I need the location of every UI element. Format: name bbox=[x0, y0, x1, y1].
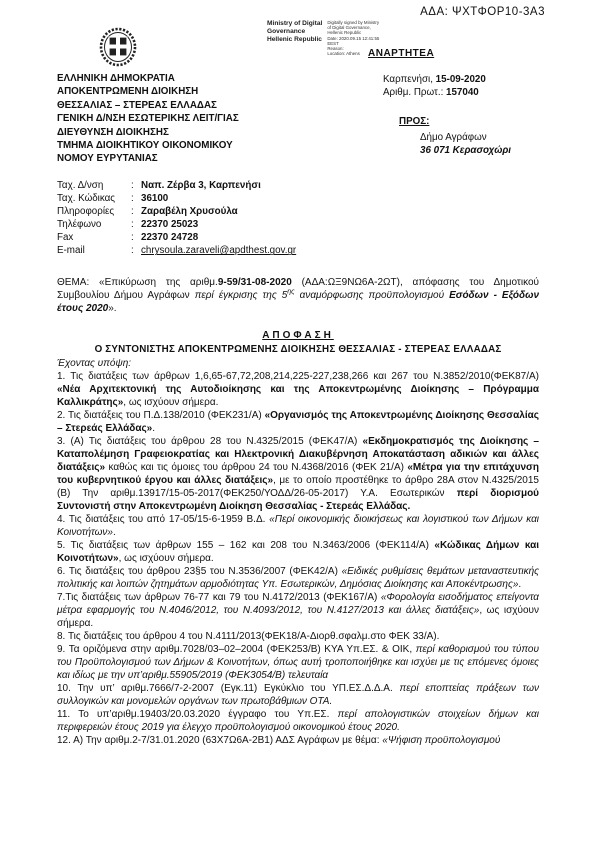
recipient-address: 36 071 Κερασοχώρι bbox=[420, 144, 511, 157]
list-item: 5. Τις διατάξεις των άρθρων 155 – 162 κα… bbox=[57, 539, 539, 565]
place-label: Καρπενήσι, bbox=[383, 74, 433, 85]
list-item: 6. Τις διατάξεις του άρθρου 23§5 του Ν.3… bbox=[57, 565, 539, 591]
anartitea-label: ΑΝΑΡΤΗΤΕΑ bbox=[368, 48, 434, 59]
protocol-number: 157040 bbox=[446, 87, 479, 98]
text-line: Governance bbox=[267, 28, 322, 36]
list-item: 1. Τις διατάξεις των άρθρων 1,6,65-67,72… bbox=[57, 370, 539, 409]
contact-label: Ταχ. Κώδικας bbox=[57, 192, 131, 205]
contact-colon: : bbox=[131, 179, 141, 192]
signature-authority: Ministry of DigitalGovernanceHellenic Re… bbox=[267, 20, 322, 56]
contact-row: Ταχ. Κώδικας:36100 bbox=[57, 192, 296, 205]
contact-value: Ναπ. Ζέρβα 3, Καρπενήσι bbox=[141, 179, 261, 192]
recipient-name: Δήμο Αγράφων bbox=[420, 131, 511, 144]
text-line: ΝΟΜΟΥ ΕΥΡΥΤΑΝΙΑΣ bbox=[57, 152, 239, 165]
list-item: 10. Την υπ’ αριθμ.7666/7-2-2007 (Εγκ.11)… bbox=[57, 682, 539, 708]
to-label: ΠΡΟΣ: bbox=[399, 115, 511, 128]
date-protocol-block: Καρπενήσι, 15-09-2020 Αριθμ. Πρωτ.: 1570… bbox=[383, 73, 486, 100]
text-line: Ministry of Digital bbox=[267, 20, 322, 28]
contact-row: Πληροφορίες:Ζαραβέλη Χρυσούλα bbox=[57, 205, 296, 218]
document-page: ΑΔΑ: ΨΧΤΦΟΡ10-3Α3 Ministry of DigitalGov… bbox=[0, 0, 595, 842]
email-link[interactable]: chrysoula.zaraveli@apdthest.gov.gr bbox=[141, 244, 296, 257]
contact-label: Πληροφορίες bbox=[57, 205, 131, 218]
digital-signature-stamp: Ministry of DigitalGovernanceHellenic Re… bbox=[267, 20, 379, 56]
list-item: 9. Τα οριζόμενα στην αριθμ.7028/03–02–20… bbox=[57, 643, 539, 682]
hellenic-republic-emblem-icon bbox=[95, 26, 141, 68]
list-item: 3. (Α) Τις διατάξεις του άρθρου 28 του Ν… bbox=[57, 435, 539, 513]
contact-colon: : bbox=[131, 218, 141, 231]
text-line: ΑΠΟΚΕΝΤΡΩΜΕΝΗ ΔΙΟΙΚΗΣΗ bbox=[57, 85, 239, 98]
text-line: ΕΛΛΗΝΙΚΗ ΔΗΜΟΚΡΑΤΙΑ bbox=[57, 72, 239, 85]
text-line: ΘΕΣΣΑΛΙΑΣ – ΣΤΕΡΕΑΣ ΕΛΛΑΔΑΣ bbox=[57, 99, 239, 112]
contact-row: Ταχ. Δ/νση:Ναπ. Ζέρβα 3, Καρπενήσι bbox=[57, 179, 296, 192]
list-item: 7.Τις διατάξεις των άρθρων 76-77 και 79 … bbox=[57, 591, 539, 630]
text-line: ΔΙΕΥΘΥΝΣΗ ΔΙΟΙΚΗΣΗΣ bbox=[57, 126, 239, 139]
protocol-label: Αριθμ. Πρωτ.: bbox=[383, 87, 443, 98]
contact-colon: : bbox=[131, 192, 141, 205]
contact-row: Fax:22370 24728 bbox=[57, 231, 296, 244]
contact-row: E-mail:chrysoula.zaraveli@apdthest.gov.g… bbox=[57, 244, 296, 257]
contact-value: Ζαραβέλη Χρυσούλα bbox=[141, 205, 238, 218]
text-line: Hellenic Republic bbox=[267, 36, 322, 44]
considerations-list: 1. Τις διατάξεις των άρθρων 1,6,65-67,72… bbox=[57, 370, 539, 747]
contact-row: Τηλέφωνο:22370 25023 bbox=[57, 218, 296, 231]
contact-value: 36100 bbox=[141, 192, 168, 205]
document-body: ΘΕΜΑ: «Επικύρωση της αριθμ.9-59/31-08-20… bbox=[57, 276, 539, 747]
contact-colon: : bbox=[131, 231, 141, 244]
decision-title: ΑΠΟΦΑΣΗ bbox=[57, 329, 539, 342]
text-line: ΤΜΗΜΑ ΔΙΟΙΚΗΤΙΚΟΥ ΟΙΚΟΝΟΜΙΚΟΥ bbox=[57, 139, 239, 152]
list-item: 8. Τις διατάξεις του άρθρου 4 του Ν.4111… bbox=[57, 630, 539, 643]
ada-code: ΑΔΑ: ΨΧΤΦΟΡ10-3Α3 bbox=[420, 6, 545, 18]
list-item: 11. Το υπ’αριθμ.19403/20.03.2020 έγγραφο… bbox=[57, 708, 539, 734]
subject-paragraph: ΘΕΜΑ: «Επικύρωση της αριθμ.9-59/31-08-20… bbox=[57, 276, 539, 315]
decision-issuer: Ο ΣΥΝΤΟΝΙΣΤΗΣ ΑΠΟΚΕΝΤΡΩΜΕΝΗΣ ΔΙΟΙΚΗΣΗΣ Θ… bbox=[57, 343, 539, 356]
contact-label: Fax bbox=[57, 231, 131, 244]
issuing-authority-block: ΕΛΛΗΝΙΚΗ ΔΗΜΟΚΡΑΤΙΑΑΠΟΚΕΝΤΡΩΜΕΝΗ ΔΙΟΙΚΗΣ… bbox=[57, 72, 239, 166]
contact-label: E-mail bbox=[57, 244, 131, 257]
contact-colon: : bbox=[131, 205, 141, 218]
contact-value: 22370 25023 bbox=[141, 218, 198, 231]
having-regard-label: Έχοντας υπόψη: bbox=[57, 357, 539, 370]
contact-colon: : bbox=[131, 244, 141, 257]
list-item: 4. Τις διατάξεις του από 17-05/15-6-1959… bbox=[57, 513, 539, 539]
document-date: 15-09-2020 bbox=[436, 74, 486, 85]
contact-label: Τηλέφωνο bbox=[57, 218, 131, 231]
contact-label: Ταχ. Δ/νση bbox=[57, 179, 131, 192]
contact-value: 22370 24728 bbox=[141, 231, 198, 244]
list-item: 2. Τις διατάξεις του Π.Δ.138/2010 (ΦΕΚ23… bbox=[57, 409, 539, 435]
list-item: 12. Α) Την αριθμ.2-7/31.01.2020 (63Χ7Ω6Α… bbox=[57, 734, 539, 747]
recipient-block: ΠΡΟΣ: Δήμο Αγράφων 36 071 Κερασοχώρι bbox=[399, 115, 511, 157]
contact-info-block: Ταχ. Δ/νση:Ναπ. Ζέρβα 3, ΚαρπενήσιΤαχ. Κ… bbox=[57, 179, 296, 258]
text-line: ΓΕΝΙΚΗ Δ/ΝΣΗ ΕΣΩΤΕΡΙΚΗΣ ΛΕΙΤ/ΓΙΑΣ bbox=[57, 112, 239, 125]
